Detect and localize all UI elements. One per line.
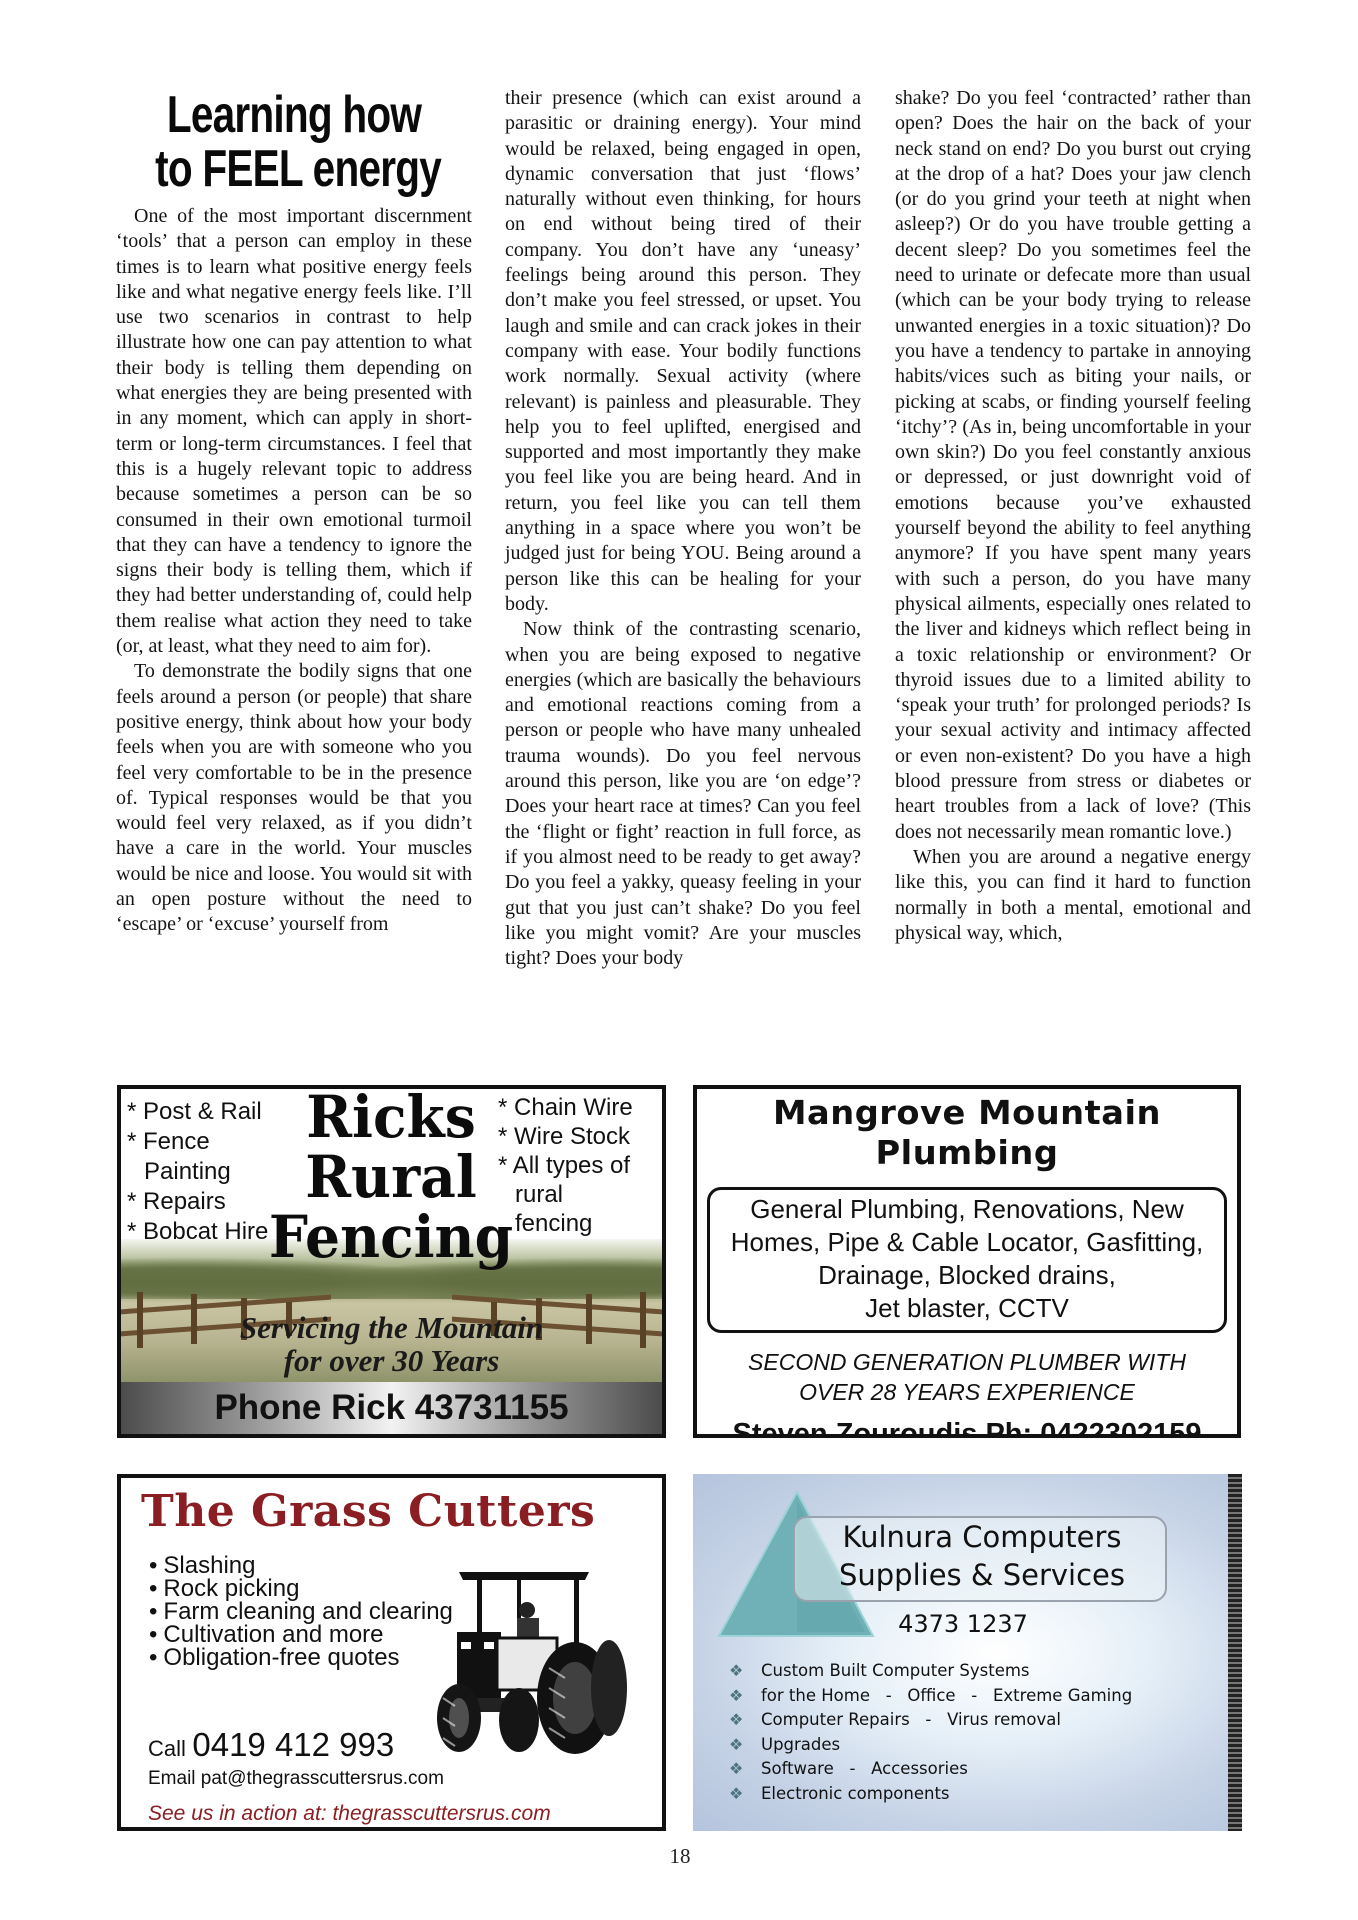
page-number: 18 xyxy=(660,1844,700,1869)
grass-cutters-name: The Grass Cutters xyxy=(141,1486,595,1538)
paragraph: One of the most important discernment ‘t… xyxy=(116,204,472,659)
service-item: * Bobcat Hire xyxy=(127,1217,268,1247)
kulnura-phone: 4373 1237 xyxy=(893,1610,1033,1638)
service-item: rural xyxy=(498,1180,658,1209)
article-title-line-1: Learning how xyxy=(155,88,433,142)
service-item: * Wire Stock xyxy=(498,1122,658,1151)
service-item: Painting xyxy=(127,1157,268,1187)
name-line: Supplies & Services xyxy=(797,1556,1167,1594)
service-text: Computer Repairs - Virus removal xyxy=(761,1710,1061,1729)
services-line: General Plumbing, Renovations, New xyxy=(716,1193,1218,1226)
article-column-3: shake? Do you feel ‘contracted’ rather t… xyxy=(895,86,1251,946)
grass-email: Email pat@thegrasscuttersrus.com xyxy=(148,1768,444,1790)
call-label: Call xyxy=(148,1736,186,1761)
brand-line: Rural xyxy=(277,1147,505,1207)
plumbing-contact: Steven Zouroudis Ph: 0422302159 xyxy=(697,1417,1237,1438)
list-item: ❖Electronic components xyxy=(729,1782,1132,1807)
services-line: Homes, Pipe & Cable Locator, Gasfitting, xyxy=(716,1226,1218,1259)
plumbing-business-name: Mangrove Mountain Plumbing xyxy=(693,1093,1241,1173)
service-text: Custom Built Computer Systems xyxy=(761,1661,1030,1680)
mangrove-mountain-plumbing-ad: Mangrove Mountain Plumbing General Plumb… xyxy=(693,1085,1241,1438)
service-item: * Fence xyxy=(127,1127,268,1157)
diamond-cluster-icon: ❖ xyxy=(729,1782,761,1807)
experience-line: OVER 28 YEARS EXPERIENCE xyxy=(697,1377,1237,1407)
tractor-icon xyxy=(399,1558,629,1756)
phone-number: 0419 412 993 xyxy=(192,1726,394,1763)
diamond-cluster-icon: ❖ xyxy=(729,1659,761,1684)
service-text: Electronic components xyxy=(761,1784,950,1803)
services-line: Jet blaster, CCTV xyxy=(716,1292,1218,1325)
plumbing-experience: SECOND GENERATION PLUMBER WITH OVER 28 Y… xyxy=(697,1347,1237,1407)
services-line: Drainage, Blocked drains, xyxy=(716,1259,1218,1292)
paragraph: shake? Do you feel ‘contracted’ rather t… xyxy=(895,86,1251,845)
diamond-cluster-icon: ❖ xyxy=(729,1684,761,1709)
ricks-phone: Phone Rick 43731155 xyxy=(121,1382,662,1434)
kulnura-business-name: Kulnura Computers Supplies & Services xyxy=(797,1518,1167,1594)
grass-website-link: See us in action at: thegrasscuttersrus.… xyxy=(148,1802,551,1826)
grass-cutters-ad: The Grass Cutters Slashing Rock picking … xyxy=(117,1474,666,1831)
experience-line: SECOND GENERATION PLUMBER WITH xyxy=(697,1347,1237,1377)
service-item: * Post & Rail xyxy=(127,1097,268,1127)
diamond-cluster-icon: ❖ xyxy=(729,1757,761,1782)
list-item: ❖Upgrades xyxy=(729,1733,1132,1758)
paragraph: When you are around a negative energy li… xyxy=(895,845,1251,946)
service-item: * Repairs xyxy=(127,1187,268,1217)
list-item: ❖for the Home - Office - Extreme Gaming xyxy=(729,1684,1132,1709)
ricks-tagline: Servicing the Mountain for over 30 Years xyxy=(121,1311,662,1377)
list-item: ❖Computer Repairs - Virus removal xyxy=(729,1708,1132,1733)
kulnura-computers-ad: Kulnura Computers Supplies & Services 43… xyxy=(693,1474,1242,1831)
diamond-cluster-icon: ❖ xyxy=(729,1708,761,1733)
service-text: for the Home - Office - Extreme Gaming xyxy=(761,1686,1132,1705)
ricks-rural-fencing-ad: * Post & Rail * Fence Painting * Repairs… xyxy=(117,1085,666,1438)
paragraph: To demonstrate the bodily signs that one… xyxy=(116,659,472,937)
ricks-brand-name: Ricks Rural Fencing xyxy=(277,1087,505,1267)
article-column-2: their presence (which can exist around a… xyxy=(505,86,861,971)
article: Learning how to FEEL energy One of the m… xyxy=(116,86,1252,1076)
tagline-line: for over 30 Years xyxy=(121,1344,662,1377)
article-column-1: Learning how to FEEL energy One of the m… xyxy=(116,86,472,938)
article-title-line-2: to FEEL energy xyxy=(155,142,433,196)
brand-line: Fencing xyxy=(249,1207,534,1267)
paragraph: their presence (which can exist around a… xyxy=(505,86,861,617)
name-line: Kulnura Computers xyxy=(797,1518,1167,1556)
kulnura-services-list: ❖Custom Built Computer Systems ❖for the … xyxy=(729,1659,1132,1806)
diamond-cluster-icon: ❖ xyxy=(729,1733,761,1758)
article-title: Learning how to FEEL energy xyxy=(155,88,433,196)
grass-phone: Call 0419 412 993 xyxy=(148,1726,394,1764)
service-text: Upgrades xyxy=(761,1735,840,1754)
services-list-left: * Post & Rail * Fence Painting * Repairs… xyxy=(127,1097,268,1247)
service-item: * Chain Wire xyxy=(498,1093,658,1122)
decorative-stripe xyxy=(1228,1474,1242,1831)
plumbing-services-box: General Plumbing, Renovations, New Homes… xyxy=(707,1187,1227,1333)
service-item: * All types of xyxy=(498,1151,658,1180)
list-item: ❖Custom Built Computer Systems xyxy=(729,1659,1132,1684)
brand-line: Ricks xyxy=(277,1087,505,1147)
list-item: ❖Software - Accessories xyxy=(729,1757,1132,1782)
service-item: fencing xyxy=(498,1209,658,1238)
tagline-line: Servicing the Mountain xyxy=(121,1311,662,1344)
paragraph: Now think of the contrasting scenario, w… xyxy=(505,617,861,971)
services-list-right: * Chain Wire * Wire Stock * All types of… xyxy=(498,1093,658,1238)
service-text: Software - Accessories xyxy=(761,1759,968,1778)
